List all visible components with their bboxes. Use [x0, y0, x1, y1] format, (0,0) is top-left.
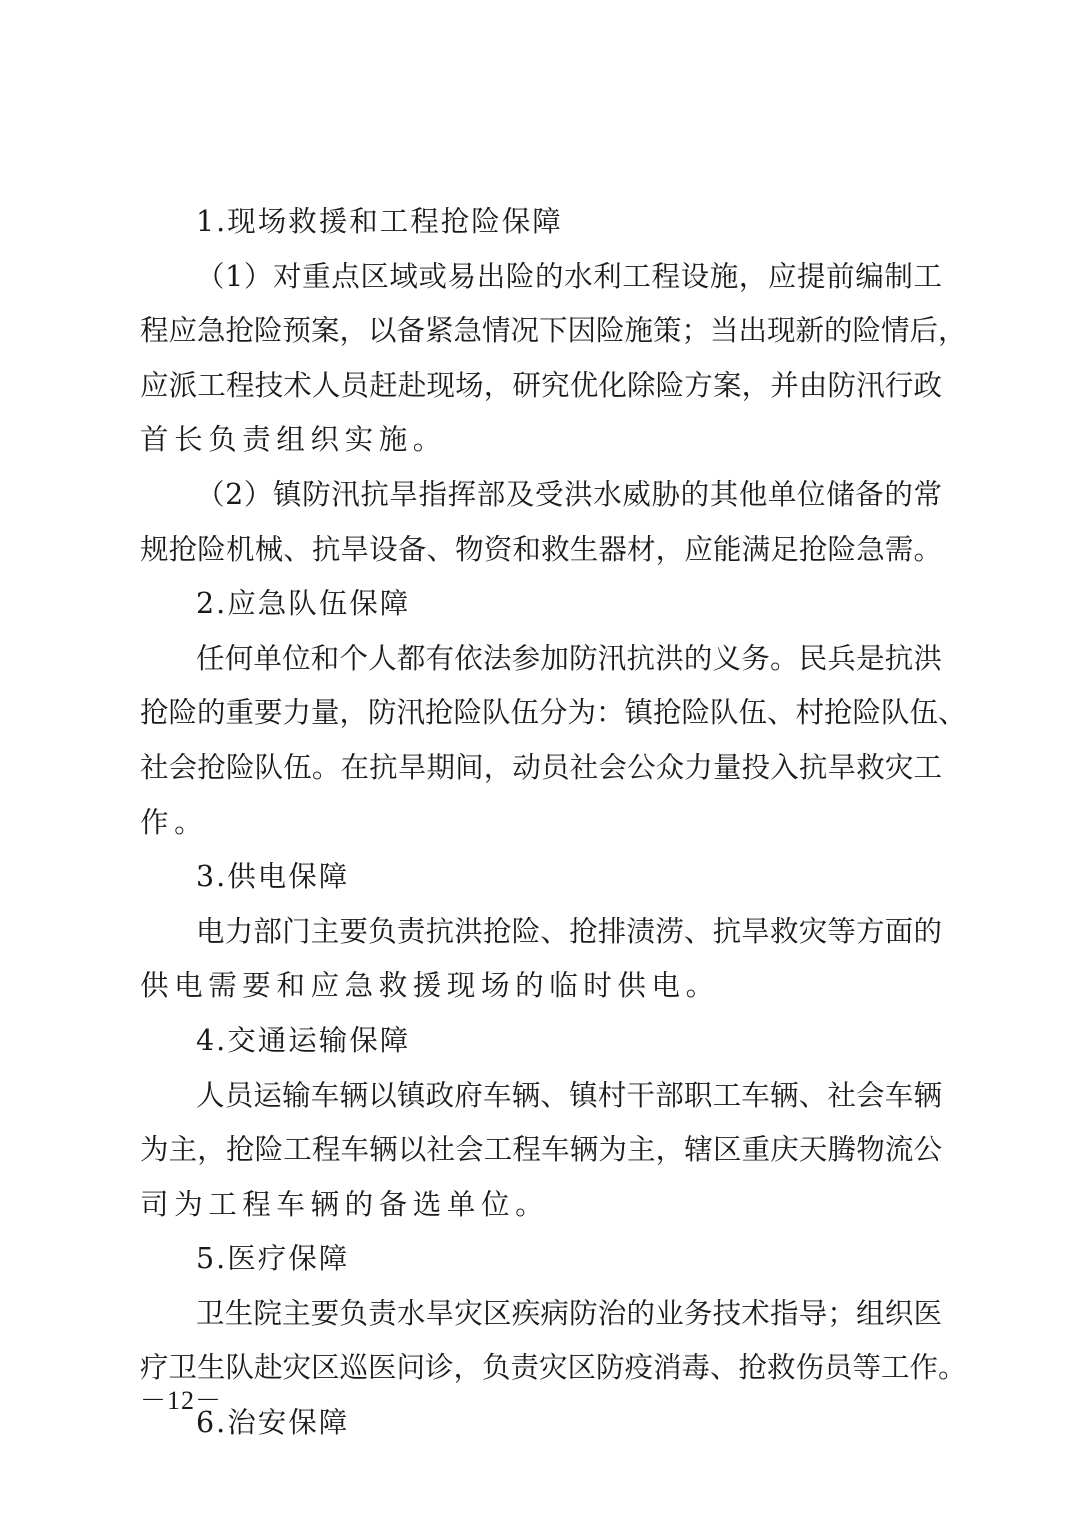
section-heading-transport: 4.交通运输保障: [140, 1014, 942, 1069]
paragraph-line: 规抢险机械、抗旱设备、物资和救生器材，应能满足抢险急需。: [140, 523, 942, 578]
paragraph-line: 疗卫生队赴灾区巡医问诊，负责灾区防疫消毒、抢救伤员等工作。: [140, 1341, 942, 1396]
section-heading-power-supply: 3.供电保障: [140, 850, 942, 905]
document-page: 1.现场救援和工程抢险保障 （1）对重点区域或易出险的水利工程设施，应提前编制工…: [0, 0, 1074, 1520]
document-body: 1.现场救援和工程抢险保障 （1）对重点区域或易出险的水利工程设施，应提前编制工…: [140, 195, 942, 1451]
paragraph-line: 程应急抢险预案，以备紧急情况下因险施策；当出现新的险情后，: [140, 304, 942, 359]
paragraph-line: 社会抢险队伍。在抗旱期间，动员社会公众力量投入抗旱救灾工: [140, 741, 942, 796]
paragraph-line: 卫生院主要负责水旱灾区疾病防治的业务技术指导；组织医: [140, 1287, 942, 1342]
paragraph-line: 司为工程车辆的备选单位。: [140, 1178, 942, 1233]
paragraph-line: 人员运输车辆以镇政府车辆、镇村干部职工车辆、社会车辆: [140, 1069, 942, 1124]
section-heading-medical: 5.医疗保障: [140, 1232, 942, 1287]
paragraph-line: 抢险的重要力量，防汛抢险队伍分为：镇抢险队伍、村抢险队伍、: [140, 686, 942, 741]
paragraph-line: 供电需要和应急救援现场的临时供电。: [140, 959, 942, 1014]
paragraph-line: 应派工程技术人员赶赴现场，研究优化除险方案，并由防汛行政: [140, 359, 942, 414]
paragraph-line: 任何单位和个人都有依法参加防汛抗洪的义务。民兵是抗洪: [140, 632, 942, 687]
paragraph-line: （2）镇防汛抗旱指挥部及受洪水威胁的其他单位储备的常: [140, 468, 942, 523]
paragraph-line: 电力部门主要负责抗洪抢险、抢排渍涝、抗旱救灾等方面的: [140, 905, 942, 960]
section-heading-rescue-engineering: 1.现场救援和工程抢险保障: [140, 195, 942, 250]
paragraph-line: 首长负责组织实施。: [140, 413, 942, 468]
section-heading-public-security: 6.治安保障: [140, 1396, 942, 1451]
paragraph-line: 为主，抢险工程车辆以社会工程车辆为主，辖区重庆天腾物流公: [140, 1123, 942, 1178]
paragraph-line: （1）对重点区域或易出险的水利工程设施，应提前编制工: [140, 250, 942, 305]
page-number: －12－: [140, 1380, 222, 1417]
paragraph-line: 作。: [140, 796, 942, 851]
section-heading-emergency-team: 2.应急队伍保障: [140, 577, 942, 632]
